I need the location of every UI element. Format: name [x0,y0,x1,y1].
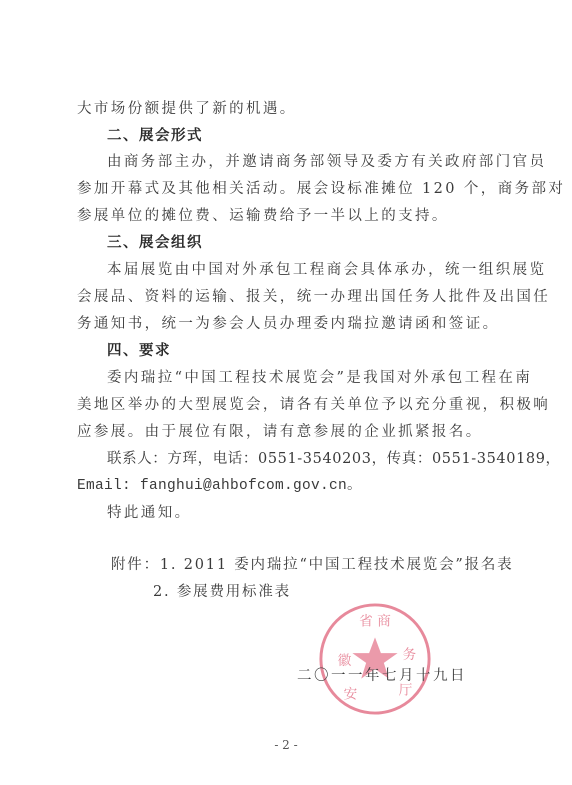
page-number: - 2 - [0,738,572,752]
attachment-item-1: 1. 2011 委内瑞拉“中国工程技术展览会”报名表 [160,557,514,573]
paragraph-line: 本届展览由中国对外承包工程商会具体承办，统一组织展览 [107,260,523,280]
attachment-item-2: 2. 参展费用标准表 [153,582,291,602]
paragraph-line: 会展品、资料的运输、报关，统一办理出国任务人批件及出国任 [77,287,523,307]
paragraph-line: 由商务部主办，并邀请商务部领导及委方有关政府部门官员 [107,152,523,172]
official-seal-icon: 省 商 徽 务 安 厅 [316,600,434,718]
svg-text:安: 安 [344,686,358,702]
document-page: 大市场份额提供了新的机遇。 二、展会形式 由商务部主办，并邀请商务部领导及委方有… [0,0,572,785]
paragraph-line: 委内瑞拉“中国工程技术展览会”是我国对外承包工程在南 [107,368,523,388]
email-line: Email: fanghui@ahbofcom.gov.cn。 [77,476,523,496]
attachments-label: 附件： [111,557,160,573]
paragraph-line: 参展单位的摊位费、运输费给予一半以上的支持。 [77,206,523,226]
contact-line: 联系人：方珲，电话：0551-3540203，传真：0551-3540189， [107,449,523,469]
attachments-block: 附件：1. 2011 委内瑞拉“中国工程技术展览会”报名表 [111,555,513,575]
section-heading-format: 二、展会形式 [107,126,523,146]
paragraph-line: 参加开幕式及其他相关活动。展会设标准摊位 120 个，商务部对 [77,179,523,199]
document-date: 二〇一一年七月十九日 [297,664,467,685]
svg-text:务: 务 [403,647,417,663]
paragraph-line: 大市场份额提供了新的机遇。 [77,99,523,119]
closing-line: 特此通知。 [107,503,523,523]
paragraph-line: 美地区举办的大型展览会，请各有关单位予以充分重视，积极响 [77,395,523,415]
section-heading-organization: 三、展会组织 [107,233,523,253]
section-heading-requirements: 四、要求 [107,341,523,361]
paragraph-line: 应参展。由于展位有限，请有意参展的企业抓紧报名。 [77,422,523,442]
paragraph-line: 务通知书，统一为参会人员办理委内瑞拉邀请函和签证。 [77,314,523,334]
svg-text:省 商: 省 商 [359,613,391,630]
